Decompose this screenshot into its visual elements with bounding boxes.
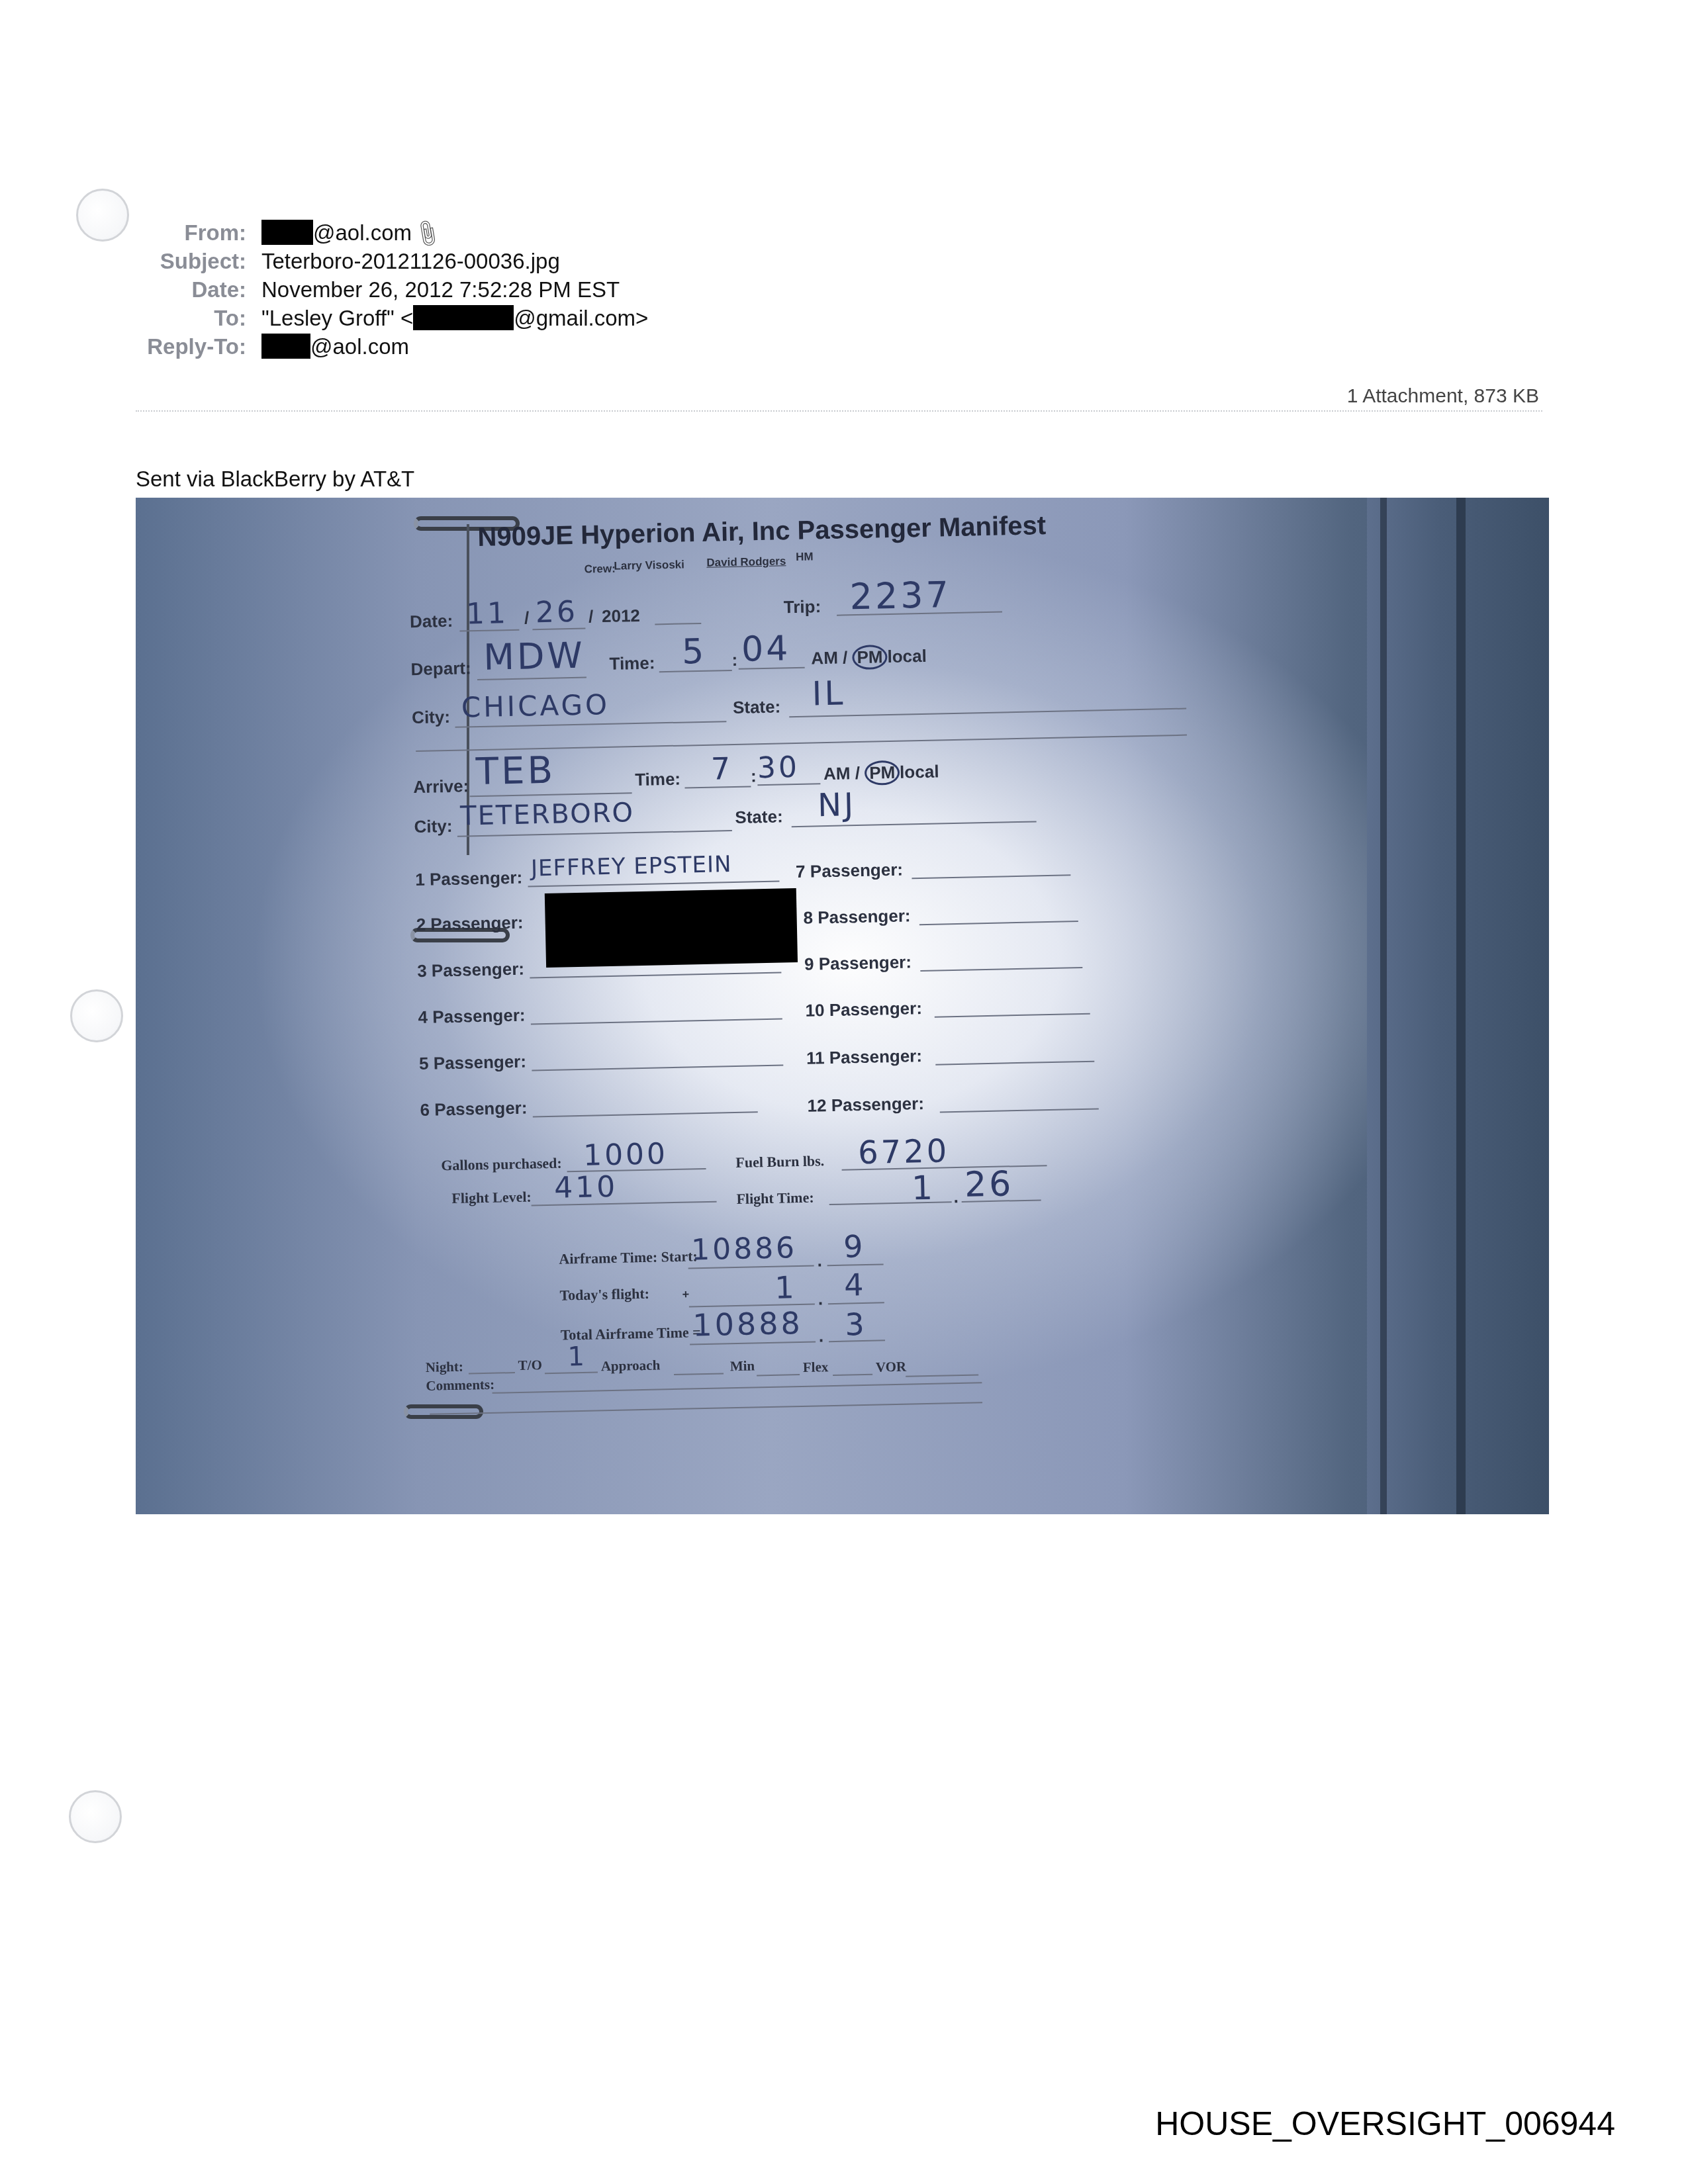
flight-level-value: 410 [554,1170,618,1205]
from-label: From: [185,218,247,247]
flight-time-label: Flight Time: [736,1189,814,1208]
depart-minute: 04 [741,629,791,670]
depart-state: IL [812,674,846,713]
arrive-state: NJ [818,786,857,824]
min-label: Min [730,1357,755,1375]
local-label: local [887,646,927,666]
trip-label: Trip: [783,596,821,617]
todays-flight-sign: + [682,1288,689,1302]
arrive-airport: TEB [475,749,555,794]
header-from: From: @aol.com📎︎ [0,218,927,247]
date-year: 2012 [602,606,640,627]
airframe-start-whole: 10886 [691,1231,798,1267]
vor-label: VOR [876,1359,907,1376]
punch-hole-middle [70,989,123,1042]
passenger-11-label: 11 Passenger: [806,1046,923,1069]
to-value: 1 [567,1342,587,1373]
depart-hour: 5 [682,632,707,672]
date-value: November 26, 2012 7:52:28 PM EST [261,275,620,304]
night-label: Night: [425,1359,463,1376]
crew-member: David Rodgers [706,555,786,570]
crew-label: Crew: [584,563,616,576]
from-value[interactable]: @aol.com [313,220,412,245]
arrive-time-label: Time: [635,769,681,790]
depart-city: CHICAGO [461,688,610,724]
passenger-6-label: 6 Passenger: [420,1098,527,1120]
flight-level-label: Flight Level: [451,1189,532,1208]
airframe-start-label: Airframe Time: Start: [559,1248,698,1267]
arrive-state-label: State: [735,806,783,828]
redaction-box [261,334,310,359]
am-option: AM / [823,763,861,784]
reply-to-value[interactable]: @aol.com [310,334,409,359]
subject-label: Subject: [160,247,246,275]
passenger-9-label: 9 Passenger: [804,952,912,974]
arrive-hour: 7 [710,751,733,787]
flight-time-hours: 1 [912,1169,936,1208]
passenger-12-label: 12 Passenger: [807,1093,924,1116]
comments-label: Comments: [426,1377,494,1394]
date-label: Date: [191,275,246,304]
am-option: AM / [811,647,848,668]
passenger-1-label: 1 Passenger: [415,868,522,890]
header-subject: Subject: Teterboro-20121126-00036.jpg [0,247,927,275]
todays-flight-label: Today's flight: [559,1285,649,1304]
date-label: Date: [410,611,453,632]
to-label: To: [214,304,246,332]
redaction-box [413,305,514,330]
to-value[interactable]: @gmail.com> [514,306,648,330]
depart-state-label: State: [733,696,781,718]
to-name[interactable]: "Lesley Groff" < [261,306,413,330]
subject-value: Teterboro-20121126-00036.jpg [261,247,560,275]
passenger-3-label: 3 Passenger: [417,959,524,981]
manifest-title: N909JE Hyperion Air, Inc Passenger Manif… [477,511,1047,553]
todays-flight-whole: 1 [774,1269,797,1306]
depart-label: Depart: [410,658,471,680]
depart-airport: MDW [483,635,586,678]
bates-number: HOUSE_OVERSIGHT_006944 [1155,2105,1615,2143]
depart-time-label: Time: [609,653,655,674]
fuel-burn-label: Fuel Burn lbs. [735,1152,824,1171]
total-airframe-tenth: 3 [845,1306,867,1343]
punch-hole-bottom [69,1790,122,1843]
header-date: Date: November 26, 2012 7:52:28 PM EST [0,275,927,304]
arrive-minute: 30 [757,751,800,785]
redaction-box [261,220,313,245]
to-label: T/O [518,1357,542,1374]
passenger-1-name: JEFFREY EPSTEIN [531,851,732,882]
approach-label: Approach [601,1357,661,1375]
todays-flight-tenth: 4 [844,1267,867,1303]
email-body-text: Sent via BlackBerry by AT&T [136,467,414,492]
gallons-label: Gallons purchased: [441,1155,562,1175]
crew-member: Larry Visoski [614,558,684,572]
gallons-value: 1000 [583,1137,669,1173]
passenger-4-label: 4 Passenger: [418,1005,525,1028]
arrive-city-label: City: [414,816,452,837]
passenger-10-label: 10 Passenger: [805,998,922,1021]
pm-circled: PM [852,645,888,670]
reply-to-label: Reply-To: [147,332,246,361]
passenger-2-label: 2 Passenger: [416,913,523,935]
passenger-8-label: 8 Passenger: [803,905,910,928]
passenger-7-label: 7 Passenger: [796,860,903,882]
header-to: To: "Lesley Groff" <@gmail.com> [0,304,927,332]
header-divider [136,410,1542,412]
date-month: 11 [465,596,508,631]
arrive-city: TETERBORO [460,797,635,831]
pm-circled: PM [865,760,900,786]
header-reply-to: Reply-To: @aol.com [0,332,927,361]
depart-city-label: City: [412,707,450,728]
passenger-manifest-form: N909JE Hyperion Air, Inc Passenger Manif… [136,498,1549,1514]
total-airframe-whole: 10888 [692,1305,803,1343]
fuel-burn-value: 6720 [858,1132,950,1171]
arrive-label: Arrive: [413,776,469,797]
flex-label: Flex [803,1359,829,1376]
flight-time-minutes: 26 [964,1164,1014,1205]
attachment-photo[interactable]: N909JE Hyperion Air, Inc Passenger Manif… [136,498,1549,1514]
trip-number: 2237 [849,574,952,617]
date-day: 26 [535,595,578,629]
email-header: From: @aol.com📎︎ Subject: Teterboro-2012… [0,218,927,361]
attachment-summary[interactable]: 1 Attachment, 873 KB [1347,385,1539,408]
passenger-2-redaction [545,888,798,968]
crew-suffix: HM [796,550,814,564]
passenger-5-label: 5 Passenger: [419,1052,526,1074]
airframe-start-tenth: 9 [843,1228,865,1265]
local-label: local [900,761,939,782]
